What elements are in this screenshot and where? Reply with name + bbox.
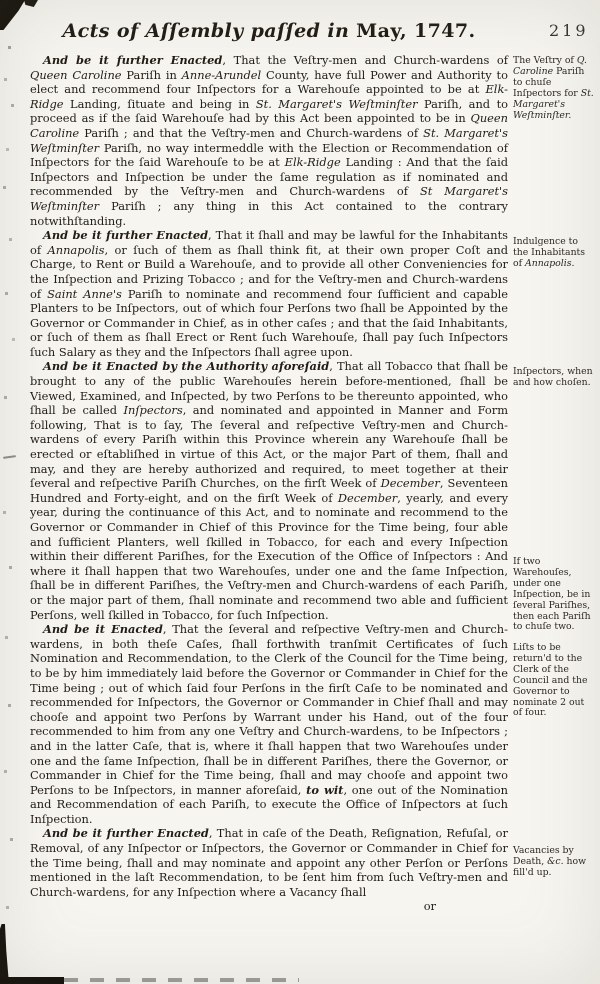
catchword: or [30,899,508,914]
paragraph-2: And be it further Enacted, That it ſhall… [30,228,508,359]
paragraph-3: And be it Enacted by the Authority afore… [30,359,508,622]
paragraph-5: And be it further Enacted, That in caſe … [30,826,508,899]
header-date: May, 1747. [349,20,475,42]
running-header: Acts of Aſſembly paſſed in May, 1747. [30,20,508,42]
margin-note-6: Vacancies by Death, &c. how fill'd up. [513,846,595,879]
margin-note-1: The Veſtry of Q. Caroline Pariſh to chuſ… [513,56,595,121]
margin-note-2: Indulgence to the Inhabitants of Annapol… [513,237,595,270]
page-number: 219 [549,21,589,40]
scan-artifact-corner-mark [24,0,38,7]
margin-note-3: Inſpectors, when and how choſen. [513,367,595,389]
scan-artifact-bottom-dashes [64,978,299,982]
margin-note-5: Liſts to be return'd to the Clerk of the… [513,643,595,719]
paragraph-4: And be it Enacted, That the ſeveral and … [30,622,508,826]
header-title: Acts of Aſſembly paſſed in [63,20,350,42]
scan-artifact-left-strip [0,924,9,984]
margin-note-4: If two Warehouſes, under one Inſpection,… [513,557,595,633]
scan-artifact-squiggle [3,455,16,459]
scan-artifact-corner-blob [0,0,25,30]
paragraph-1: And be it further Enacted, That the Veſt… [30,53,508,228]
act-text-block: And be it further Enacted, That the Veſt… [30,53,508,914]
scan-specks-left-edge [0,0,3,3]
scanned-page: Acts of Aſſembly paſſed in May, 1747. 21… [0,0,600,984]
scan-artifact-bottom-band [0,977,64,984]
